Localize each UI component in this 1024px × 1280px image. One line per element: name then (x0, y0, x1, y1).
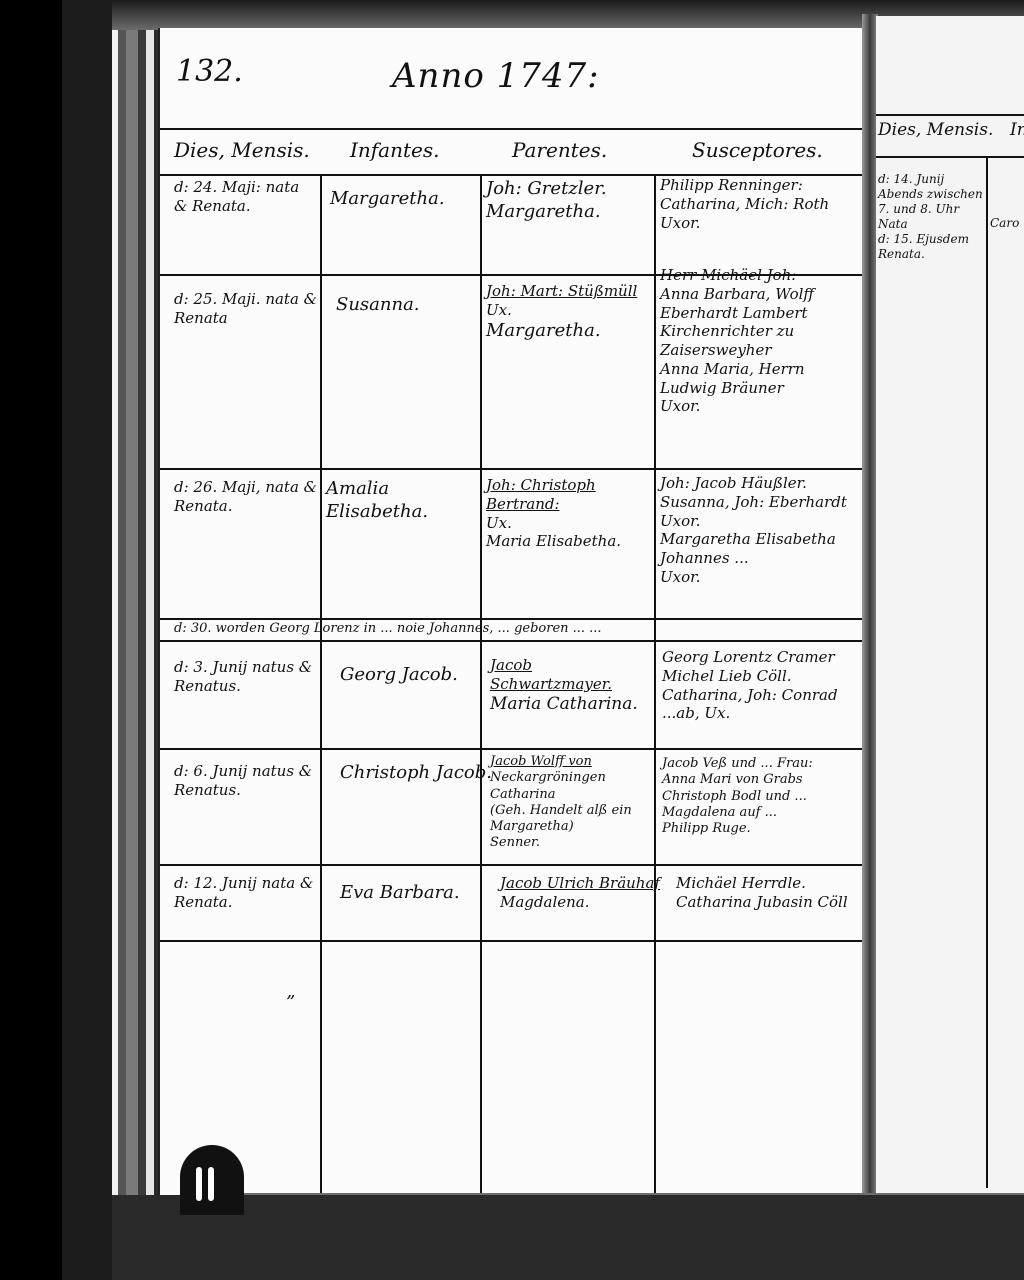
row-rule (160, 468, 872, 470)
sponsor-line: Georg Lorentz Cramer (662, 648, 867, 667)
column-divider (654, 176, 656, 1196)
facing-column-header-date: Dies, Mensis. (878, 120, 993, 140)
date-line: Nata (878, 217, 984, 232)
sponsor-line: Philipp Renninger: (660, 176, 865, 195)
scanner-border-bottom (112, 1195, 1024, 1280)
entry-date: d: 24. Maji: nata & Renata. (174, 178, 314, 216)
column-divider (320, 176, 322, 1196)
header-top-rule (876, 114, 1024, 116)
entry-date: d: 6. Junij natus & Renatus. (174, 762, 319, 800)
sponsor-line: Magdalena auf ... (662, 805, 867, 821)
parent-origin: Neckargröningen (490, 770, 654, 786)
sponsor-line: Anna Barbara, Wolff (660, 285, 865, 304)
date-line: Renata. (878, 247, 984, 262)
row-rule (160, 864, 872, 866)
entry-parents: Joh: Mart: Stüßmüll Ux. Margaretha. (486, 282, 652, 342)
column-divider (986, 158, 988, 1188)
entry-infant: Christoph Jacob. (340, 762, 492, 785)
parent-father: Jacob Ulrich Bräuhaf (500, 874, 660, 893)
parent-note: Senner. (490, 835, 654, 851)
sponsor-line: Eberhardt Lambert (660, 304, 865, 323)
register-page: 132. Anno 1747: Dies, Mensis. Infantes. … (158, 28, 872, 1200)
sponsor-line: Michel Lieb Cöll. (662, 667, 867, 686)
entry-date: d: 26. Maji, nata & Renata. (174, 478, 319, 516)
sponsor-line: Philipp Ruge. (662, 821, 867, 837)
sponsor-line: Ludwig Bräuner (660, 379, 865, 398)
row-rule (160, 640, 872, 642)
row-rule (160, 618, 872, 620)
sponsor-line: Catharina Jubasin Cöll (676, 893, 866, 912)
scanner-border-left (0, 0, 62, 1280)
sponsor-line: Susanna, Joh: Eberhardt (660, 493, 865, 512)
parent-mother: Margaretha. (486, 201, 652, 224)
sponsor-line: Catharina, Joh: Conrad (662, 686, 867, 705)
facing-column-header-partial: In (1010, 120, 1024, 140)
entry-infant: Susanna. (336, 294, 420, 317)
sponsor-line: Joh: Jacob Häußler. (660, 474, 865, 493)
entry-infant: Amalia Elisabetha. (326, 478, 486, 523)
date-line: d: 14. Junij (878, 172, 984, 187)
entry-parents: Jacob Wolff von Neckargröningen Catharin… (490, 754, 654, 852)
sponsor-line: Michäel Herrdle. (676, 874, 866, 893)
entry-infant: Margaretha. (330, 188, 445, 211)
date-line: d: 15. Ejusdem (878, 232, 984, 247)
sponsor-line: Christoph Bodl und ... (662, 789, 867, 805)
margin-mark: ” (286, 992, 295, 1015)
facing-entry-infant: Caro (990, 216, 1019, 231)
sponsor-line: Johannes ... (660, 549, 865, 568)
date-line: 7. und 8. Uhr (878, 202, 984, 217)
sponsor-line: Margaretha Elisabetha (660, 530, 865, 549)
entry-infant: Eva Barbara. (340, 882, 460, 905)
column-divider (480, 176, 482, 1196)
entry-parents: Joh: Gretzler. Margaretha. (486, 178, 652, 223)
sponsor-line: Herr Michäel Joh: (660, 266, 865, 285)
page-title: Anno 1747: (392, 56, 600, 96)
column-header-parents: Parentes. (512, 138, 607, 162)
date-line: Abends zwischen (878, 187, 984, 202)
sponsor-line: Uxor. (660, 568, 865, 587)
entry-parents: Jacob Schwartzmayer. Maria Catharina. (490, 656, 654, 715)
parent-mother: Catharina (490, 787, 654, 803)
parent-note: Ux. (486, 514, 652, 533)
book-binding (112, 30, 160, 1200)
parent-mother: Maria Catharina. (490, 694, 654, 715)
row-rule (160, 748, 872, 750)
parent-father: Joh: Christoph Bertrand: (486, 476, 652, 514)
sponsor-line: Uxor. (660, 397, 865, 416)
sponsor-line: Uxor. (660, 214, 865, 233)
row-rule (160, 940, 872, 942)
entry-sponsors: Herr Michäel Joh: Anna Barbara, Wolff Eb… (660, 266, 865, 416)
parent-father: Joh: Mart: Stüßmüll (486, 282, 652, 301)
parent-father: Jacob Wolff von (490, 754, 654, 770)
facing-entry-date: d: 14. Junij Abends zwischen 7. und 8. U… (878, 172, 984, 262)
entry-parents: Jacob Ulrich Bräuhaf Magdalena. (500, 874, 660, 912)
scanner-border (62, 0, 112, 1280)
parent-father: Joh: Gretzler. (486, 178, 652, 201)
entry-date: d: 3. Junij natus & Renatus. (174, 658, 319, 696)
entry-date: d: 12. Junij nata & Renata. (174, 874, 334, 912)
entry-sponsors: Jacob Veß und ... Frau: Anna Mari von Gr… (662, 756, 867, 837)
entry-sponsors: Joh: Jacob Häußler. Susanna, Joh: Eberha… (660, 474, 865, 587)
header-top-rule (160, 128, 872, 130)
column-header-sponsors: Susceptores. (692, 138, 823, 162)
entry-note: d: 30. worden Georg Lorenz in ... noie J… (174, 621, 864, 637)
parent-mother: Margaretha. (486, 320, 652, 343)
entry-sponsors: Georg Lorentz Cramer Michel Lieb Cöll. C… (662, 648, 867, 723)
column-header-infants: Infantes. (350, 138, 439, 162)
sponsor-line: Jacob Veß und ... Frau: (662, 756, 867, 772)
entry-date: d: 25. Maji. nata & Renata (174, 290, 319, 328)
parent-father: Jacob Schwartzmayer. (490, 656, 654, 694)
page-number: 132. (176, 54, 243, 89)
column-header-date: Dies, Mensis. (174, 138, 310, 162)
sponsor-line: ...ab, Ux. (662, 704, 867, 723)
sponsor-line: Anna Maria, Herrn (660, 360, 865, 379)
facing-page: Dies, Mensis. In d: 14. Junij Abends zwi… (876, 16, 1024, 1196)
sponsor-line: Kirchenrichter zu Zaisersweyher (660, 322, 865, 360)
entry-parents: Joh: Christoph Bertrand: Ux. Maria Elisa… (486, 476, 652, 551)
parent-mother: Magdalena. (500, 893, 660, 912)
header-bottom-rule (876, 156, 1024, 158)
entry-sponsors: Michäel Herrdle. Catharina Jubasin Cöll (676, 874, 866, 912)
parent-note: (Geh. Handelt alß ein Margaretha) (490, 803, 654, 836)
sponsor-line: Anna Mari von Grabs (662, 772, 867, 788)
parent-mother: Maria Elisabetha. (486, 532, 652, 551)
sponsor-line: Catharina, Mich: Roth (660, 195, 865, 214)
sponsor-line: Uxor. (660, 512, 865, 531)
entry-sponsors: Philipp Renninger: Catharina, Mich: Roth… (660, 176, 865, 232)
entry-infant: Georg Jacob. (340, 664, 458, 687)
parent-note: Ux. (486, 301, 652, 320)
binding-clip-icon (180, 1145, 244, 1215)
